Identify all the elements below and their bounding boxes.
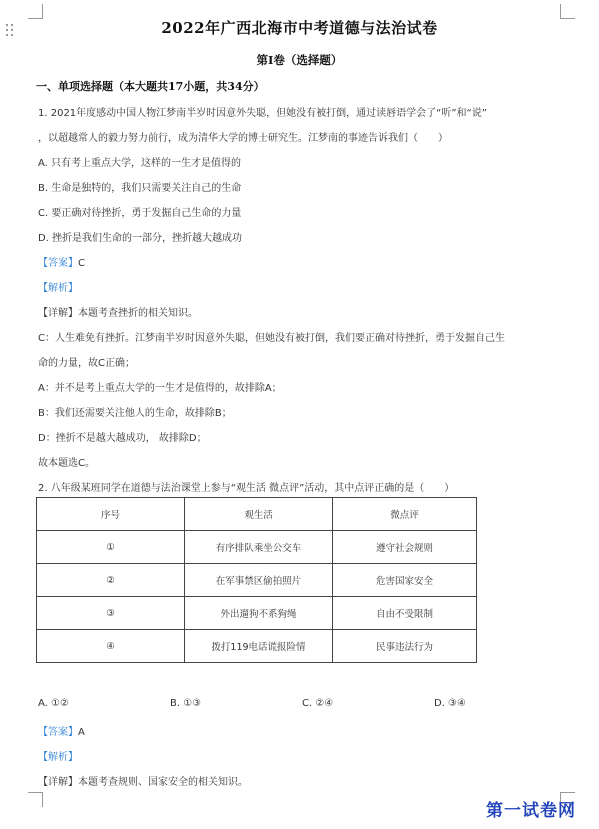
- q1-explanation: C：人生难免有挫折。江梦南半岁时因意外失聪，但她没有被打倒，我们要正确对待挫折，…: [38, 329, 505, 344]
- q2-table: 序号 观生活 微点评 ① 有序排队乘坐公交车 遵守社会规则 ② 在军事禁区偷拍照…: [36, 497, 477, 663]
- q1-analysis-tag: 【解析】: [38, 279, 78, 294]
- detail-intro: 本题考查规则、国家安全的相关知识。: [78, 777, 248, 788]
- q2-option-c: C. ②④: [302, 698, 333, 709]
- table-header-row: 序号 观生活 微点评: [37, 498, 477, 531]
- q1-option-b: B. 生命是独特的，我们只需要关注自己的生命: [38, 179, 241, 194]
- q1-detail: 【详解】本题考查挫折的相关知识。: [38, 304, 198, 319]
- table-cell: ①: [37, 531, 185, 564]
- q1-stem-line1: 1. 2021年度感动中国人物江梦南半岁时因意外失聪，但她没有被打倒，通过读唇语…: [38, 104, 487, 119]
- table-cell: 在军事禁区偷拍照片: [185, 564, 333, 597]
- table-row: ④ 拨打119电话谎报险情 民事违法行为: [37, 630, 477, 663]
- table-cell: 自由不受限制: [333, 597, 477, 630]
- q1-explanation: B：我们还需要关注他人的生命，故排除B；: [38, 404, 232, 419]
- q2-option-d: D. ③④: [434, 698, 466, 709]
- q1-option-d: D. 挫折是我们生命的一部分，挫折越大越成功: [38, 229, 242, 244]
- q1-explanation: D：挫折不是越大越成功， 故排除D；: [38, 429, 207, 444]
- table-cell: 危害国家安全: [333, 564, 477, 597]
- table-cell: 有序排队乘坐公交车: [185, 531, 333, 564]
- table-cell: 外出遛狗不系狗绳: [185, 597, 333, 630]
- table-cell: ③: [37, 597, 185, 630]
- answer-tag: 【答案】: [38, 727, 78, 738]
- q1-answer: 【答案】C: [38, 254, 85, 269]
- q1-explanation: 命的力量，故C正确；: [38, 354, 135, 369]
- table-cell: ④: [37, 630, 185, 663]
- q2-stem: 2. 八年级某班同学在道德与法治课堂上参与“观生活 微点评”活动，其中点评正确的…: [38, 479, 454, 494]
- analysis-tag: 【解析】: [38, 752, 78, 763]
- table-cell: 遵守社会规则: [333, 531, 477, 564]
- q1-stem-line2: ，以超越常人的毅力努力前行，成为清华大学的博士研究生。江梦南的事迹告诉我们（ ）: [38, 129, 448, 144]
- table-cell: 拨打119电话谎报险情: [185, 630, 333, 663]
- q1-option-a: A. 只有考上重点大学，这样的一生才是值得的: [38, 154, 241, 169]
- document-title: 2022年广西北海市中考道德与法治试卷: [0, 17, 599, 38]
- q1-option-c: C. 要正确对待挫折，勇于发掘自己生命的力量: [38, 204, 241, 219]
- section-heading: 一、单项选择题（本大题共17小题，共34分）: [36, 78, 265, 94]
- detail-tag: 【详解】: [38, 777, 78, 788]
- table-row: ③ 外出遛狗不系狗绳 自由不受限制: [37, 597, 477, 630]
- q1-conclusion: 故本题选C。: [38, 454, 95, 469]
- answer-value: C: [78, 258, 85, 269]
- q1-explanation: A：并不是考上重点大学的一生才是值得的，故排除A；: [38, 379, 282, 394]
- q2-option-a: A. ①②: [38, 698, 69, 709]
- table-cell: ②: [37, 564, 185, 597]
- q2-detail: 【详解】本题考查规则、国家安全的相关知识。: [38, 773, 248, 788]
- table-header: 观生活: [185, 498, 333, 531]
- q2-answer: 【答案】A: [38, 723, 85, 738]
- answer-tag: 【答案】: [38, 258, 78, 269]
- table-row: ① 有序排队乘坐公交车 遵守社会规则: [37, 531, 477, 564]
- q2-option-b: B. ①③: [170, 698, 201, 709]
- analysis-tag: 【解析】: [38, 283, 78, 294]
- answer-value: A: [78, 727, 85, 738]
- page-corner-mark: [28, 792, 43, 807]
- table-cell: 民事违法行为: [333, 630, 477, 663]
- table-header: 序号: [37, 498, 185, 531]
- detail-tag: 【详解】: [38, 308, 78, 319]
- table-row: ② 在军事禁区偷拍照片 危害国家安全: [37, 564, 477, 597]
- detail-intro: 本题考查挫折的相关知识。: [78, 308, 198, 319]
- q2-analysis-tag: 【解析】: [38, 748, 78, 763]
- table-header: 微点评: [333, 498, 477, 531]
- watermark-logo: 第一试卷网: [486, 796, 576, 821]
- document-subtitle: 第I卷（选择题）: [0, 52, 599, 68]
